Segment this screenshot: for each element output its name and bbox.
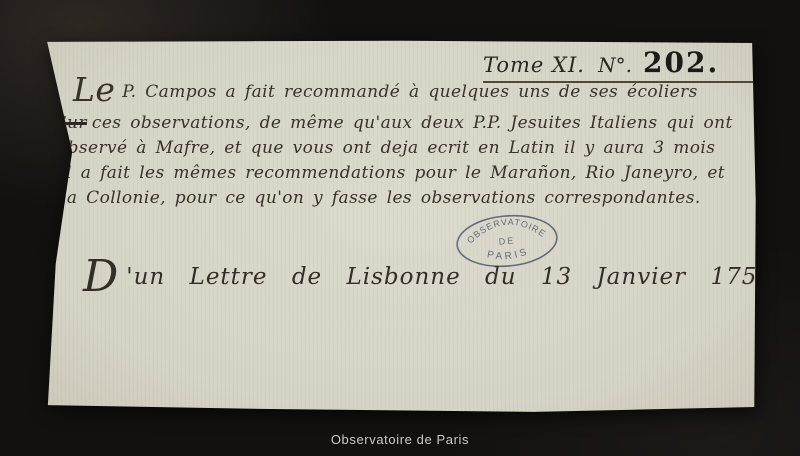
closing-initial: D — [83, 251, 119, 302]
numero-label: N°. — [598, 53, 632, 77]
stamp-text-paris: PARIS — [485, 246, 531, 264]
stamp-text-de: DE — [498, 235, 515, 246]
tome-label: Tome XI. — [483, 53, 585, 77]
document-number: 202. — [643, 46, 719, 79]
letter-line-1: LeP. Campos a fait recommandé à quelques… — [73, 82, 698, 102]
manuscript-paper: Tome XI. N°. 202. LeP. Campos a fait rec… — [45, 40, 760, 413]
letter-line-2: Surces observations, de même qu'aux deux… — [55, 113, 733, 133]
closing-text: 'un Lettre de Lisbonne du 13 Janvier 175… — [126, 264, 773, 290]
closing-line: D'un Lettre de Lisbonne du 13 Janvier 17… — [83, 264, 773, 290]
document-photo: Tome XI. N°. 202. LeP. Campos a fait rec… — [45, 40, 760, 413]
letter-line-2-text: ces observations, de même qu'aux deux P.… — [92, 113, 733, 133]
photo-caption: Observatoire de Paris — [0, 432, 800, 447]
letter-line-5-text: la Collonie, pour ce qu'on y fasse les o… — [61, 188, 701, 208]
letter-line-3-text: observé à Mafre, et que vous ont deja ec… — [57, 138, 715, 158]
letter-line-5: la Collonie, pour ce qu'on y fasse les o… — [61, 188, 701, 208]
letter-line-1-initial: Le — [73, 70, 115, 109]
letter-line-3: observé à Mafre, et que vous ont deja ec… — [57, 138, 715, 158]
letter-line-1-text: P. Campos a fait recommandé à quelques u… — [122, 82, 698, 102]
letter-line-4-text: Il a fait les mêmes recommendations pour… — [59, 163, 725, 183]
svg-text:PARIS: PARIS — [485, 246, 531, 264]
struck-word: Sur — [55, 113, 87, 133]
archive-heading: Tome XI. N°. 202. — [483, 46, 761, 83]
letter-line-4: Il a fait les mêmes recommendations pour… — [59, 163, 725, 183]
